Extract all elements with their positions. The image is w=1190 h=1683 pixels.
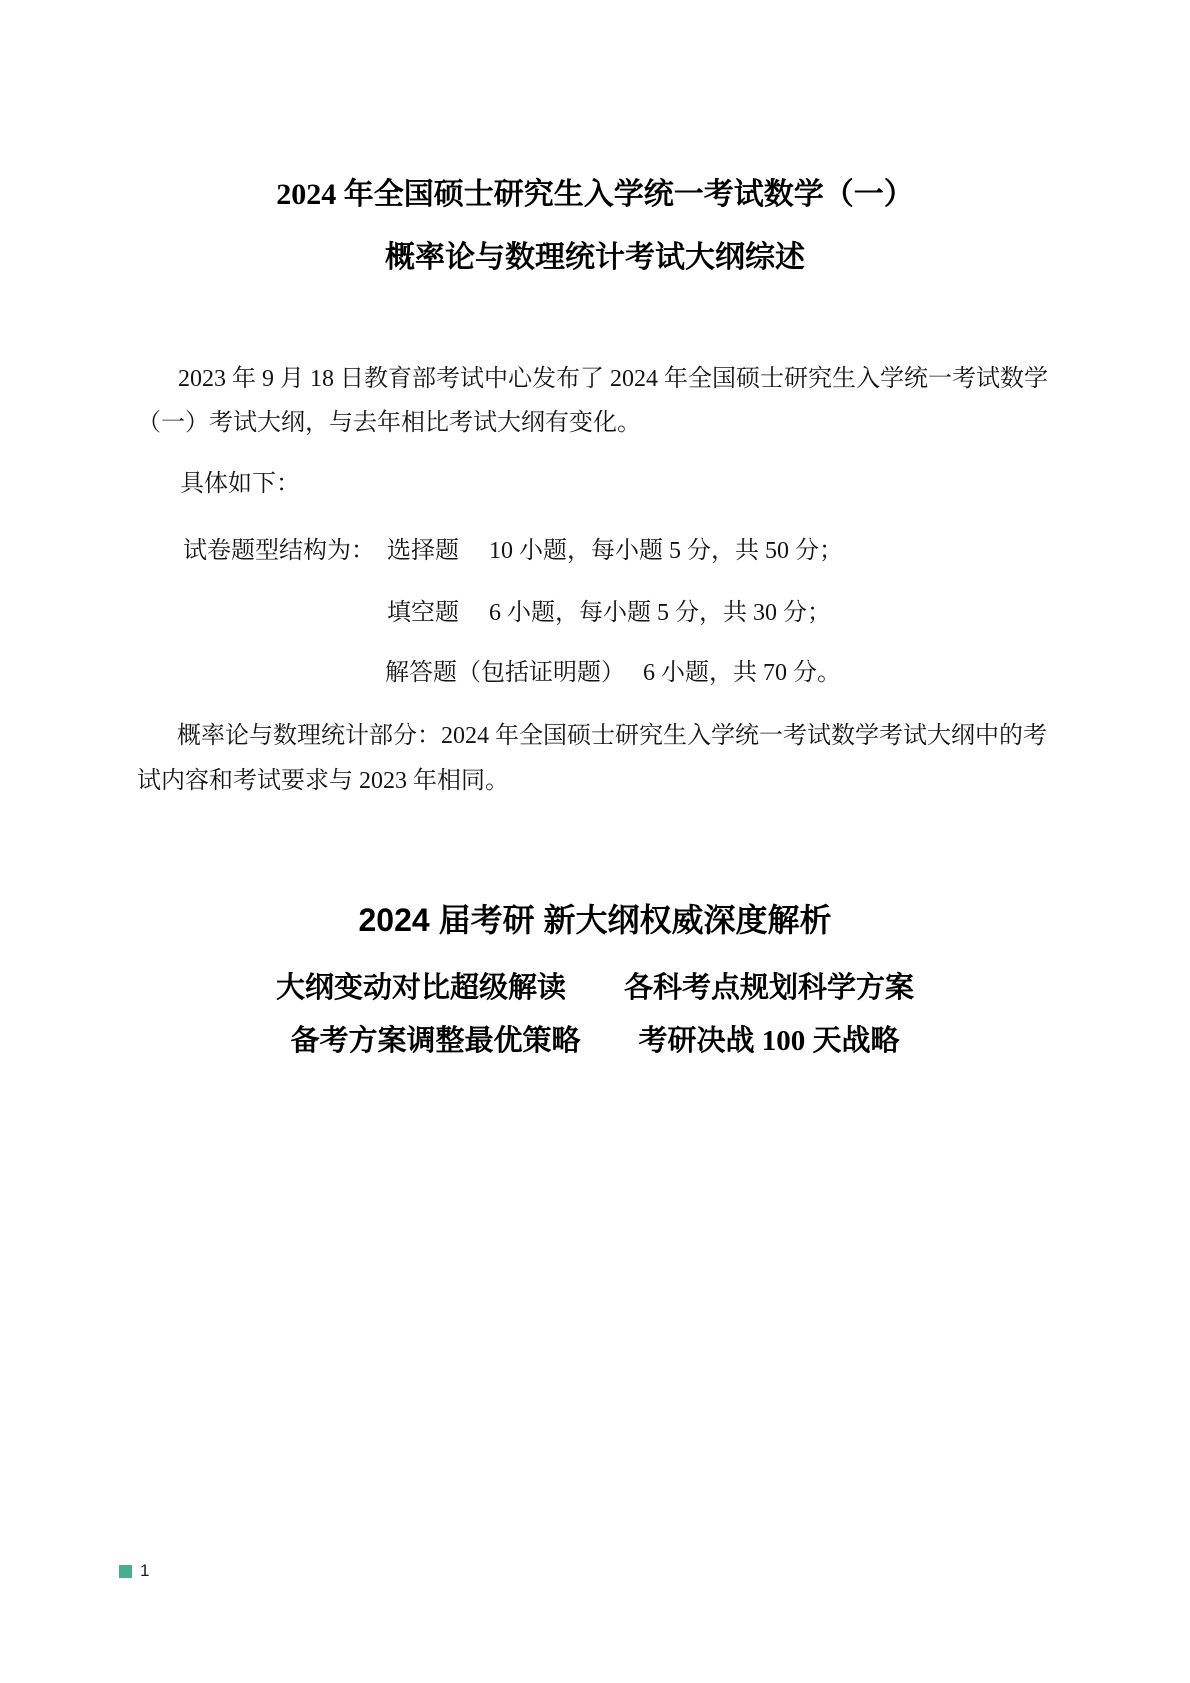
doc-title-line2: 概率论与数理统计考试大纲综述 (0, 241, 1190, 276)
page-marker-square-icon (119, 1565, 132, 1578)
document-page: 2024 年全国硕士研究生入学统一考试数学（一） 概率论与数理统计考试大纲综述 … (0, 0, 1190, 1683)
intro-paragraph-line2: （一）考试大纲，与去年相比考试大纲有变化。 (137, 410, 641, 438)
intro-paragraph-line1: 2023 年 9 月 18 日教育部考试中心发布了 2024 年全国硕士研究生入… (178, 366, 1048, 394)
page-footer: 1 (119, 1561, 149, 1581)
doc-title-line1: 2024 年全国硕士研究生入学统一考试数学（一） (0, 178, 1190, 213)
promo-heading: 2024 届考研 新大纲权威深度解析 (0, 902, 1190, 939)
specifics-label: 具体如下： (180, 471, 300, 499)
exam-structure-line1: 试卷题型结构为： 选择题 10 小题，每小题 5 分，共 50 分； (183, 538, 843, 566)
promo-subline-2: 备考方案调整最优策略 考研决战 100 天战略 (0, 1025, 1190, 1058)
exam-structure-line2: 填空题 6 小题，每小题 5 分，共 30 分； (387, 600, 831, 628)
exam-structure-line3: 解答题（包括证明题） 6 小题，共 70 分。 (385, 660, 841, 688)
probability-paragraph-line1: 概率论与数理统计部分：2024 年全国硕士研究生入学统一考试数学考试大纲中的考 (177, 723, 1047, 751)
probability-paragraph-line2: 试内容和考试要求与 2023 年相同。 (137, 768, 509, 796)
promo-subline-1: 大纲变动对比超级解读 各科考点规划科学方案 (0, 972, 1190, 1005)
page-number: 1 (140, 1561, 149, 1581)
